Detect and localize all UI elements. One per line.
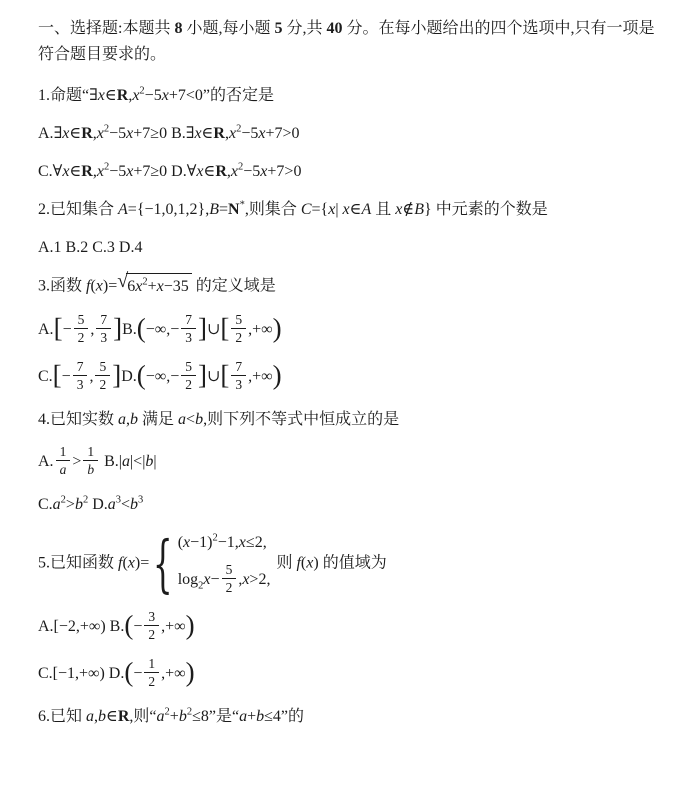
math-variable: C [301,201,312,218]
question-4-stem: 4.已知实数 a,b 满足 a<b,则下列不等式中恒成立的是 [38,408,664,432]
bold-text: R [213,125,225,142]
superscript: 3 [138,494,143,505]
bracket: ( [124,610,133,640]
numerator: 7 [231,359,246,377]
text: < [121,496,130,513]
math-variable: a [86,708,94,725]
text: − [211,571,220,588]
text: − [63,321,72,338]
text: ≤2, [246,534,267,551]
bracket: ] [198,360,207,390]
text: 1.命题“ [38,87,89,104]
text: ∀ [53,163,63,180]
text: D. [109,665,125,682]
text: ”是“ [209,708,239,725]
text: +7>0 [267,163,301,180]
fraction: 12 [144,656,159,689]
math-variable: x [203,571,210,588]
text: 的定义域是 [192,277,276,294]
bold-text: R [81,163,93,180]
numerator: 1 [56,444,71,462]
text: +7<0 [169,87,203,104]
fraction: 52 [222,562,237,595]
math-variable: x [96,277,103,294]
cases-brace: { [153,533,173,595]
denominator: 2 [74,329,89,345]
text: D. [88,496,108,513]
text: 满足 [138,411,178,428]
text: ∪ [207,368,220,385]
text: ,+∞ [248,368,272,385]
fraction: 1a [56,444,71,477]
question-5-options-cd: C.[−1,+∞) D.(−12,+∞) [38,658,664,691]
bold-text: N [228,201,240,218]
denominator: 2 [95,376,110,392]
text: A.[−2,+∞) [38,618,110,635]
text: −5 [109,163,126,180]
bracket: ) [186,610,195,640]
question-6-stem: 6.已知 a,b∈R,则“a2+b2≤8”是“a+b≤4”的 [38,705,664,729]
numerator: 5 [231,312,246,330]
math-variable: A [118,201,128,218]
text: ,+∞ [248,321,272,338]
math-variable: b [179,708,187,725]
text: C. [38,163,53,180]
text: −5 [241,125,258,142]
fraction: 52 [181,359,196,392]
text: |<| [130,453,145,470]
bold-text: R [117,87,129,104]
fraction: 1b [83,444,98,477]
piecewise-cases: {(x−1)2−1,x≤2,log2x−52,x>2, [151,531,270,597]
math-variable: a [118,411,126,428]
text: ,+∞ [161,665,185,682]
text: ∈ [202,125,214,142]
text: } 中元素的个数是 [424,201,548,218]
text: ={ [312,201,329,218]
text: + [148,278,157,295]
numerator: 7 [96,312,111,330]
fraction: 73 [231,359,246,392]
question-4-options-cd: C.a2>b2 D.a3<b3 [38,493,664,517]
bracket: ( [137,360,146,390]
radical-sign: √ [117,271,128,291]
text: 一、选择题:本题共 [38,20,174,37]
text: ∀ [187,163,197,180]
text: −1, [218,534,239,551]
text: B. [171,125,186,142]
bracket: ] [113,313,122,343]
denominator: 3 [96,329,111,345]
text: 分,共 [282,20,326,37]
math-variable: b [130,496,138,513]
fraction: 73 [73,359,88,392]
math-variable: x [97,163,104,180]
question-2-stem: 2.已知集合 A={−1,0,1,2},B=N*,则集合 C={x| x∈A 且… [38,198,664,222]
text: +7≥0 [133,163,171,180]
text: ∪ [207,321,220,338]
denominator: 2 [144,673,159,689]
text: | [153,453,156,470]
numerator: 3 [144,609,159,627]
text: A. [38,321,54,338]
math-variable: x [343,201,350,218]
bold-text: R [81,125,93,142]
text: 5.已知函数 [38,554,118,571]
section-header: 一、选择题:本题共 8 小题,每小题 5 分,共 40 分。在每小题给出的四个选… [38,16,664,69]
text: B. [110,618,125,635]
math-variable: a [239,708,247,725]
math-variable: a [122,453,130,470]
text: ∈ [106,708,118,725]
text: ∃ [89,87,98,104]
text: D. [171,163,187,180]
numerator: 7 [73,359,88,377]
text: ∈ [105,87,117,104]
question-3-stem: 3.函数 f(x)=√6x2+x−35 的定义域是 [38,274,664,300]
text: 则 [272,554,296,571]
numerator: 7 [181,312,196,330]
text: 3.函数 [38,277,86,294]
text: A. [38,125,54,142]
math-variable: x [97,125,104,142]
question-4-options-ab: A.1a>1b B.|a|<|b| [38,446,664,479]
text: )= [135,554,149,571]
text: >2, [249,571,270,588]
math-variable: b [75,496,83,513]
cases-row: log2x−52,x>2, [178,564,271,597]
text: −∞,− [146,321,179,338]
question-3-options-ab: A.[−52,73]B.(−∞,−73]∪[52,+∞) [38,314,664,347]
denominator: a [56,461,71,477]
numerator: 1 [144,656,159,674]
bracket: [ [53,360,62,390]
text: A. [38,453,54,470]
text: + [247,708,256,725]
text: )= [103,277,117,294]
text: ≤8 [192,708,209,725]
text: ={−1,0,1,2} [128,201,205,218]
math-variable: A [361,201,371,218]
text: C.[−1,+∞) [38,665,109,682]
question-2-options: A.1 B.2 C.3 D.4 [38,236,664,260]
numerator: 1 [83,444,98,462]
bracket: ) [273,313,282,343]
numerator: 5 [222,562,237,580]
math-variable: b [98,708,106,725]
bold-text: R [118,708,130,725]
text: ∈ [203,163,215,180]
text: ,则集合 [245,201,301,218]
math-variable: B [209,201,219,218]
text: 小题,每小题 [182,20,274,37]
math-variable: x [162,87,169,104]
text: ∃ [54,125,63,142]
text: ”的否定是 [203,87,274,104]
math-variable: x [231,163,238,180]
text: ∈ [69,125,81,142]
text: − [133,665,142,682]
bracket: ] [112,360,121,390]
text: + [170,708,179,725]
text: , [90,321,94,338]
question-1-options-ab: A.∃x∈R,x2−5x+7≥0 B.∃x∈R,x2−5x+7>0 [38,122,664,146]
text: +7≥0 [133,125,171,142]
text: C. [38,368,53,385]
text: +7>0 [265,125,299,142]
cases-row: (x−1)2−1,x≤2, [178,531,271,555]
text: −∞,− [146,368,179,385]
sqrt-expression: √6x2+x−35 [117,273,192,299]
denominator: 3 [181,329,196,345]
question-5-stem: 5.已知函数 f(x)={(x−1)2−1,x≤2,log2x−52,x>2, … [38,531,664,597]
numerator: 5 [181,359,196,377]
denominator: 2 [144,626,159,642]
text: C. [38,496,53,513]
text: ∈ [350,201,362,218]
question-5-options-ab: A.[−2,+∞) B.(−32,+∞) [38,611,664,644]
text: 且 [371,201,395,218]
text: 4.已知实数 [38,411,118,428]
text: log [178,571,198,588]
math-variable: x [194,125,201,142]
text: ≤4 [264,708,281,725]
math-variable: a [53,496,61,513]
denominator: 3 [73,376,88,392]
numerator: 5 [95,359,110,377]
bracket: ( [124,657,133,687]
math-variable: x [229,125,236,142]
text: ,则“ [129,708,156,725]
text: − [62,368,71,385]
text: 的值域为 [319,554,387,571]
text: − [133,618,142,635]
bold-text: R [215,163,227,180]
text: < [186,411,195,428]
bracket: ( [137,313,146,343]
text: −35 [164,278,189,295]
bold-text: 40 [326,20,342,37]
text: D. [121,368,137,385]
text: ∉ [402,201,414,218]
bracket: [ [54,313,63,343]
bracket: ) [273,360,282,390]
text: > [72,453,81,470]
fraction: 73 [181,312,196,345]
text: ,则下列不等式中恒成立的是 [203,411,399,428]
text: −5 [145,87,162,104]
math-variable: a [178,411,186,428]
bracket: ) [186,657,195,687]
text: 6.已知 [38,708,86,725]
text: , [89,368,93,385]
fraction: 52 [74,312,89,345]
text: | [335,201,342,218]
text: > [66,496,75,513]
math-variable: b [130,411,138,428]
fraction: 32 [144,609,159,642]
text: 2.已知集合 [38,201,118,218]
math-variable: x [98,87,105,104]
denominator: 2 [231,329,246,345]
math-variable: B [414,201,424,218]
text: ”的 [281,708,304,725]
bracket: [ [220,360,229,390]
text: = [219,201,228,218]
question-1-options-cd: C.∀x∈R,x2−5x+7≥0 D.∀x∈R,x2−5x+7>0 [38,160,664,184]
question-3-options-cd: C.[−73,52]D.(−∞,−52]∪[73,+∞) [38,361,664,394]
denominator: 2 [222,579,237,595]
denominator: b [83,461,98,477]
math-variable: x [128,554,135,571]
fraction: 73 [96,312,111,345]
math-variable: x [239,534,246,551]
fraction: 52 [95,359,110,392]
bracket: ] [198,313,207,343]
fraction: 52 [231,312,246,345]
bracket: [ [220,313,229,343]
text: −1) [190,534,212,551]
radicand: 6x2+x−35 [126,273,192,299]
text: A.1 B.2 C.3 D.4 [38,239,142,256]
math-variable: b [256,708,264,725]
text: −5 [243,163,260,180]
math-variable: a [157,708,165,725]
text: ,+∞ [161,618,185,635]
question-1-stem: 1.命题“∃x∈R,x2−5x+7<0”的否定是 [38,84,664,108]
denominator: 2 [181,376,196,392]
denominator: 3 [231,376,246,392]
document-page: 一、选择题:本题共 8 小题,每小题 5 分,共 40 分。在每小题给出的四个选… [0,0,692,807]
text: B. [100,453,119,470]
math-variable: b [195,411,203,428]
numerator: 5 [74,312,89,330]
text: ∈ [69,163,81,180]
math-variable: x [157,278,164,295]
math-variable: a [108,496,116,513]
text: B. [122,321,137,338]
cases-rows: (x−1)2−1,x≤2,log2x−52,x>2, [174,531,271,597]
text: −5 [109,125,126,142]
